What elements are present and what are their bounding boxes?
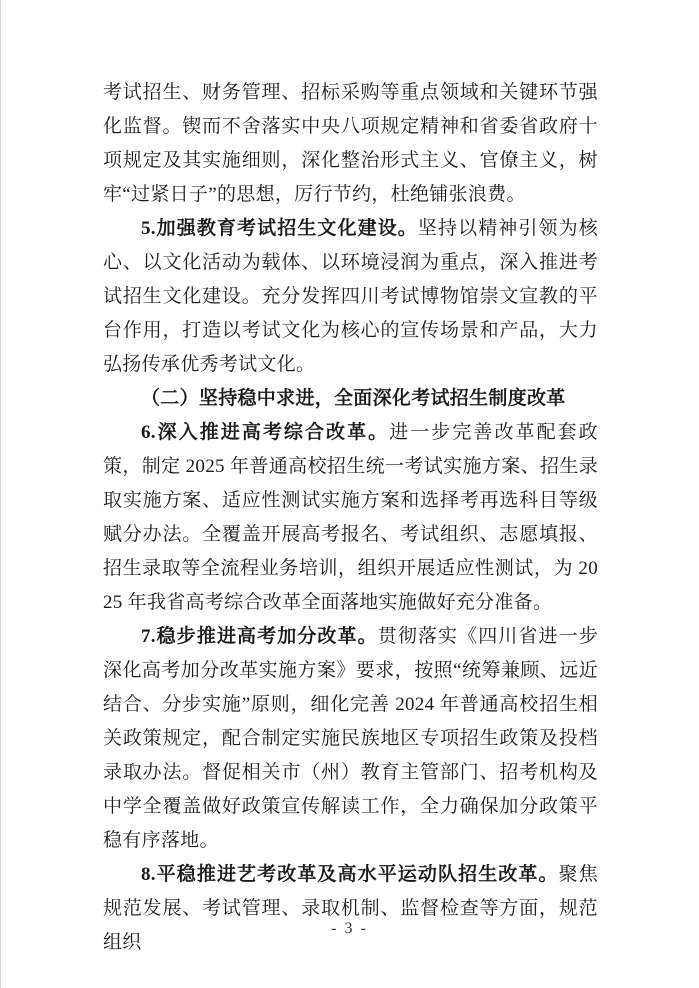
document-body: 考试招生、财务管理、招标采购等重点领域和关键环节强化监督。锲而不舍落实中央八项规… [103,76,598,960]
paragraph-bold-lead: 7.稳步推进高考加分改革。 [141,626,378,647]
paragraph: 7.稳步推进高考加分改革。贯彻落实《四川省进一步深化高考加分改革实施方案》要求，… [103,620,598,858]
paragraph-bold-lead: 6.深入推进高考综合改革。 [141,422,389,443]
page-footer: - 3 - [0,920,699,938]
document-page: 考试招生、财务管理、招标采购等重点领域和关键环节强化监督。锲而不舍落实中央八项规… [0,0,699,988]
paragraph: 6.深入推进高考综合改革。进一步完善改革配套政策，制定 2025 年普通高校招生… [103,416,598,620]
section-heading: （二）坚持稳中求进，全面深化考试招生制度改革 [103,382,598,416]
paragraph: 考试招生、财务管理、招标采购等重点领域和关键环节强化监督。锲而不舍落实中央八项规… [103,76,598,212]
paragraph-bold-lead: 8.平稳推进艺考改革及高水平运动队招生改革。 [141,864,559,885]
page-number: - 3 - [331,920,368,937]
paragraph: 5.加强教育考试招生文化建设。坚持以精神引领为核心、以文化活动为载体、以环境浸润… [103,212,598,382]
paragraph: 8.平稳推进艺考改革及高水平运动队招生改革。聚焦规范发展、考试管理、录取机制、监… [103,858,598,960]
paragraph-bold-lead: 5.加强教育考试招生文化建设。 [141,218,418,239]
